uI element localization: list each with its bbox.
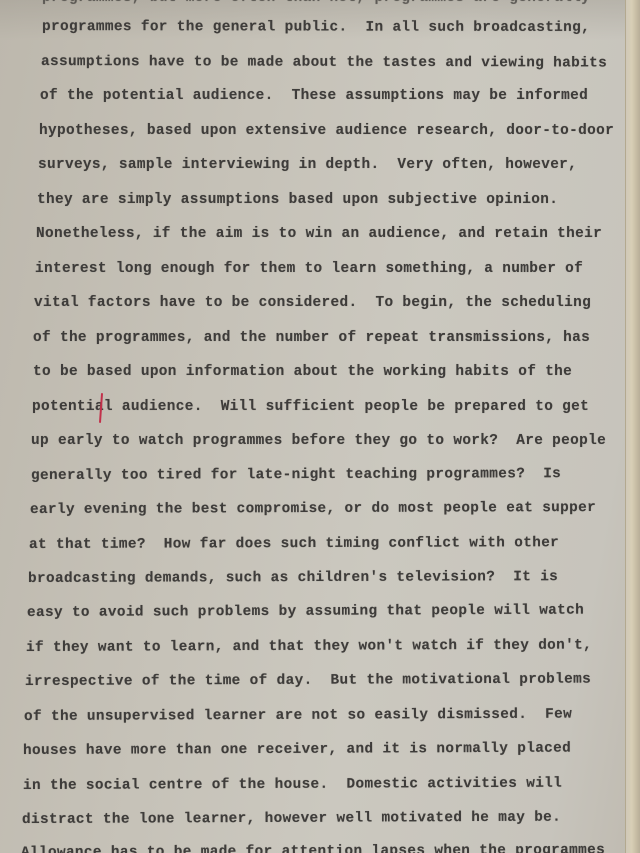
text-line: programmes for the general public. In al… [42, 19, 590, 36]
text-line: they are simply assumptions based upon s… [37, 192, 558, 208]
text-line: Allowance has to be made for attention l… [21, 842, 605, 853]
text-line: generally too tired for late-night teach… [31, 466, 561, 484]
text-line: at that time? How far does such timing c… [29, 535, 559, 553]
text-line: interest long enough for them to learn s… [35, 261, 583, 277]
text-line: irrespective of the time of day. But the… [25, 672, 591, 690]
text-line: houses have more than one receiver, and … [23, 741, 571, 759]
text-line: Nonetheless, if the aim is to win an aud… [36, 226, 602, 242]
text-line: hypotheses, based upon extensive audienc… [39, 123, 614, 139]
text-line: assumptions have to be made about the ta… [41, 54, 607, 71]
text-line: broadcasting demands, such as children's… [28, 569, 558, 587]
text-line: of the potential audience. These assumpt… [40, 88, 588, 104]
text-line: of the programmes, and the number of rep… [33, 330, 590, 346]
text-line: surveys, sample interviewing in depth. V… [38, 157, 577, 173]
text-line: in the social centre of the house. Domes… [23, 776, 562, 794]
page-edge [625, 0, 640, 853]
text-line-partial: programmes, but more often than not, pro… [42, 0, 590, 6]
text-line: vital factors have to be considered. To … [34, 295, 591, 311]
text-line: early evening the best compromise, or do… [30, 500, 596, 518]
text-line: up early to watch programmes before they… [31, 433, 606, 449]
text-line: to be based upon information about the w… [33, 364, 572, 380]
text-line: of the unsupervised learner are not so e… [24, 707, 572, 725]
text-line: easy to avoid such problems by assuming … [27, 603, 584, 621]
text-line: potential audience. Will sufficient peop… [32, 399, 589, 415]
text-line: distract the lone learner, however well … [22, 810, 561, 828]
text-line: if they want to learn, and that they won… [26, 638, 592, 656]
